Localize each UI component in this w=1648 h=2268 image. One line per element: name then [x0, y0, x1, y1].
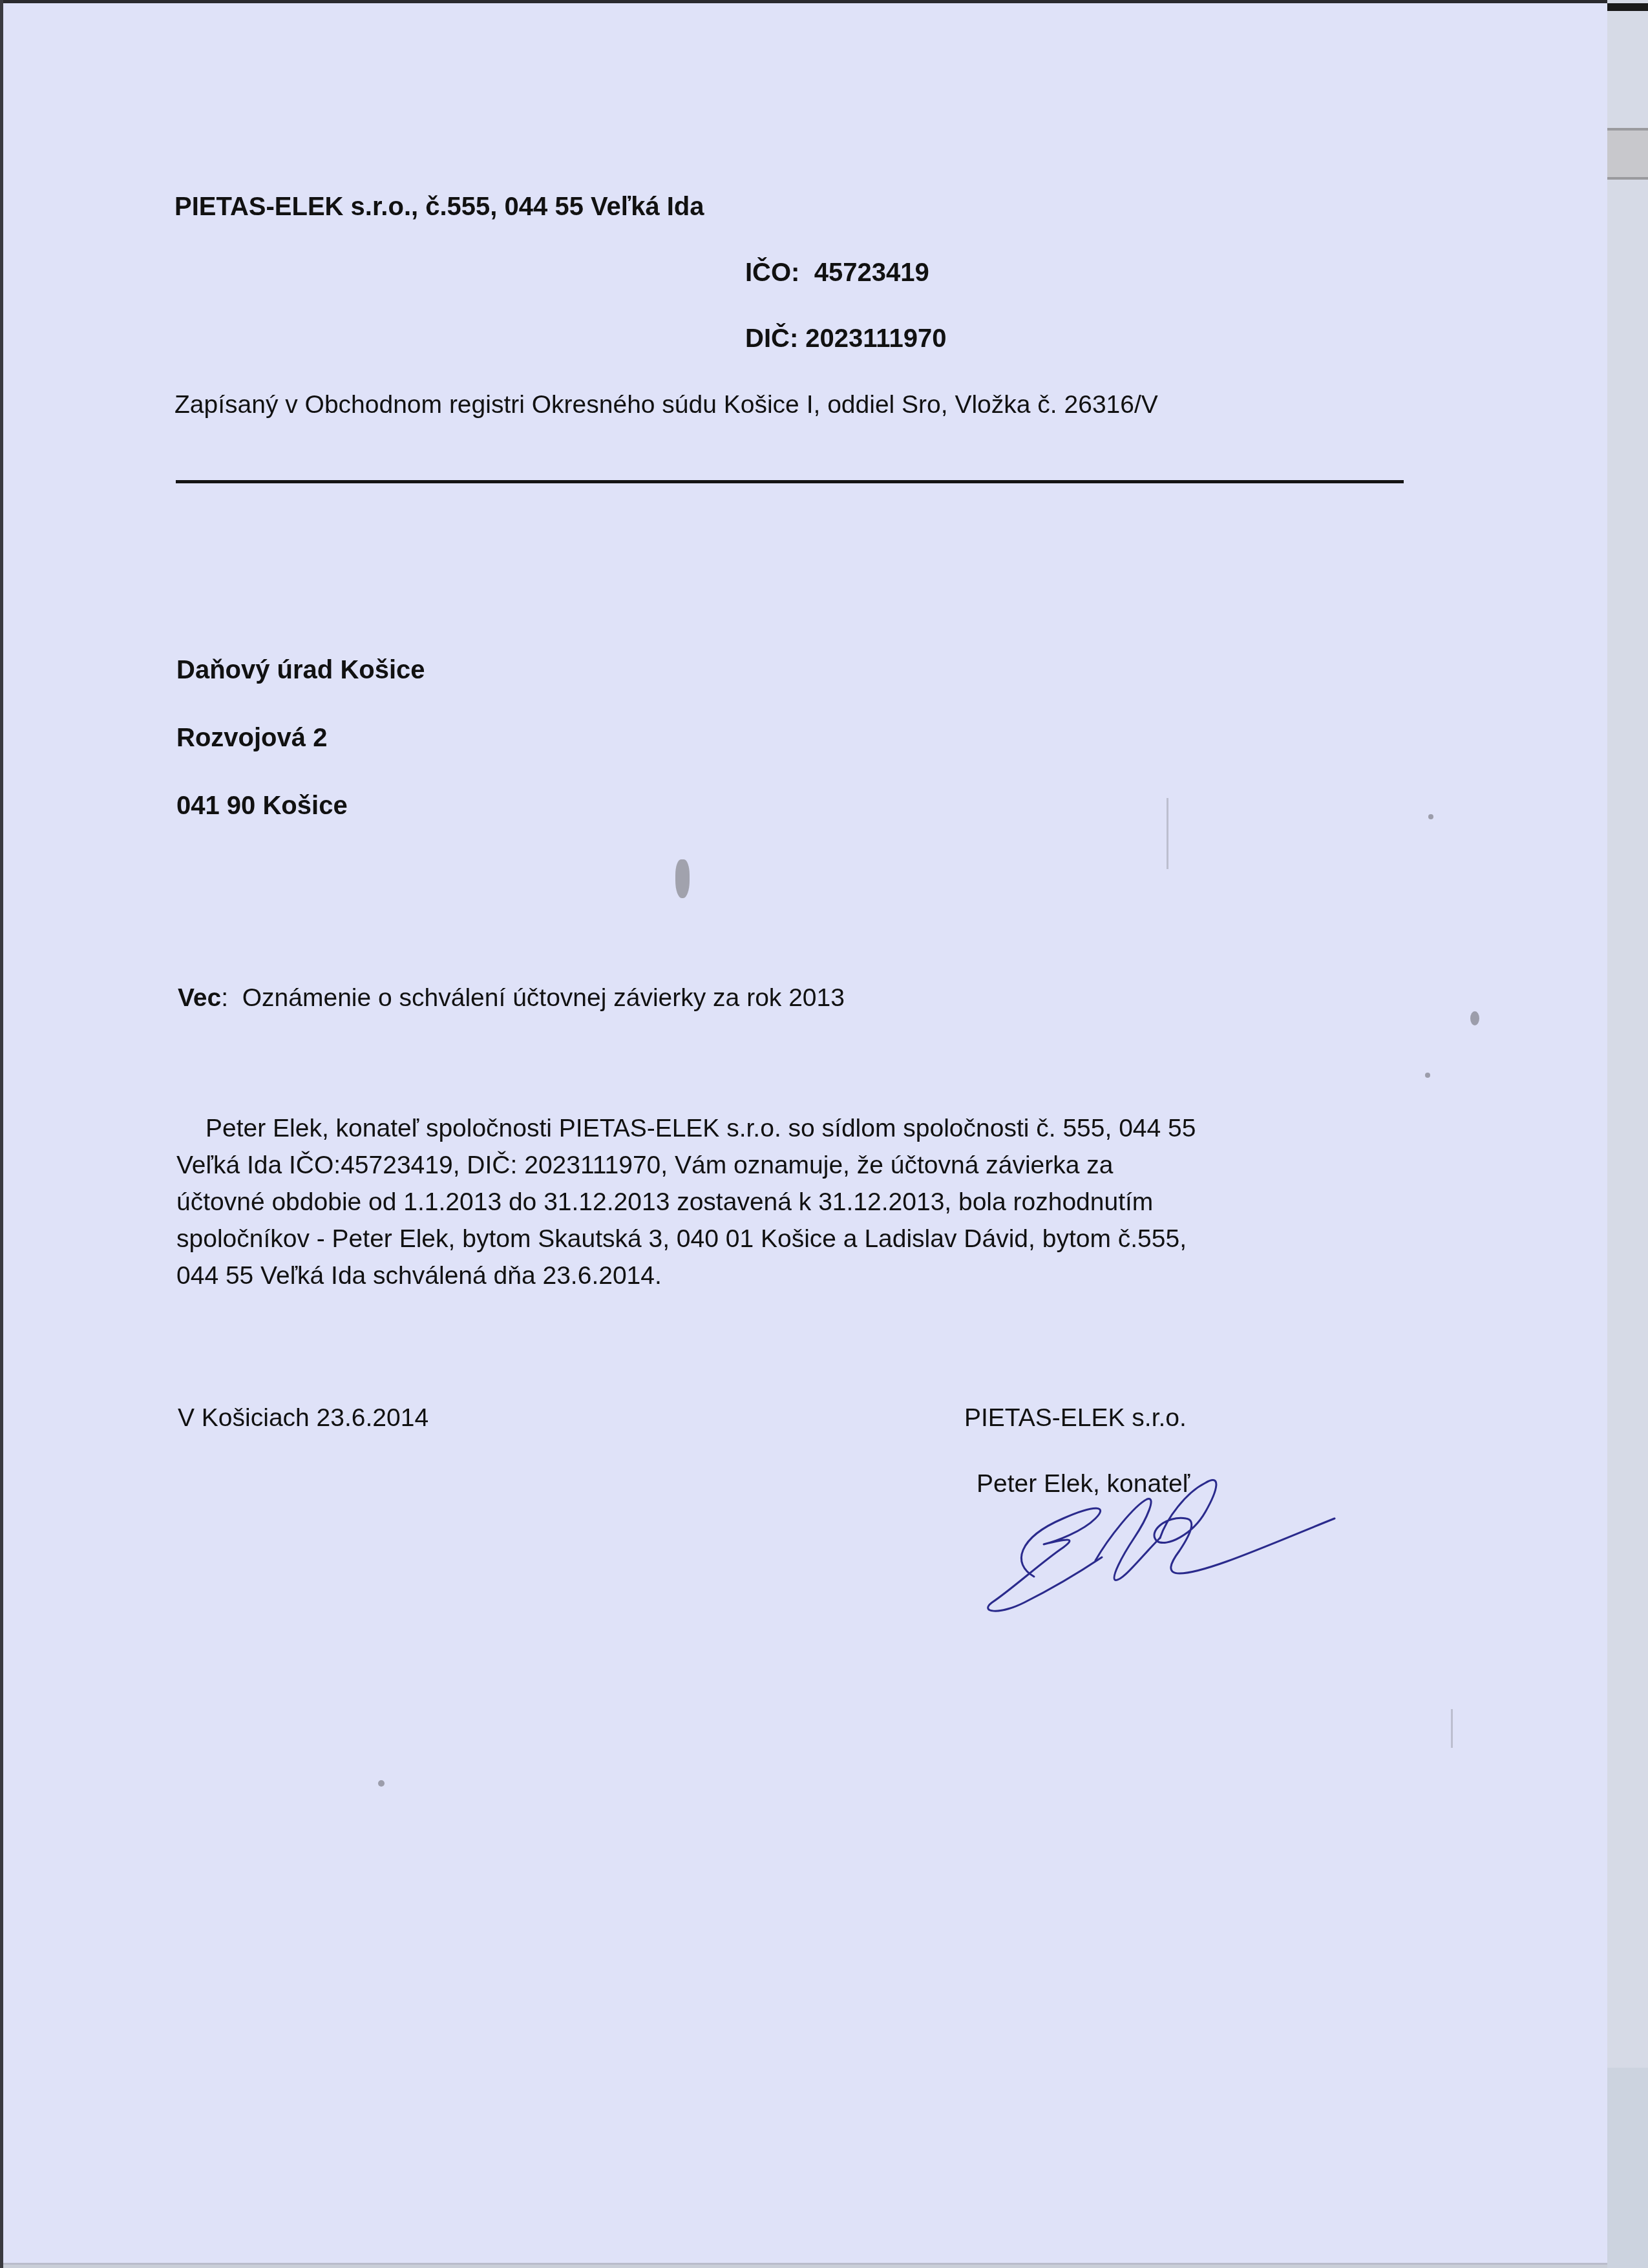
scan-scratch [1451, 1709, 1453, 1748]
recipient-name: Daňový úrad Košice [176, 656, 425, 685]
signatory-company: PIETAS-ELEK s.r.o. [964, 1404, 1187, 1433]
registration-line: Zapísaný v Obchodnom registri Okresného … [174, 391, 1158, 419]
scan-speck [1470, 1011, 1479, 1025]
company-address-line: PIETAS-ELEK s.r.o., č.555, 044 55 Veľká … [174, 193, 704, 222]
scan-speck [1425, 1073, 1430, 1078]
dic-line: DIČ: 2023111970 [745, 324, 946, 353]
body-line: spoločníkov - Peter Elek, bytom Skautská… [176, 1221, 1404, 1257]
body-line: 044 55 Veľká Ida schválená dňa 23.6.2014… [176, 1257, 1404, 1294]
subject-text: Oznámenie o schválení účtovnej závierky … [242, 984, 845, 1012]
scanner-backdrop [1607, 0, 1648, 2268]
ico-value: 45723419 [814, 258, 929, 287]
body-line: Veľká Ida IČO:45723419, DIČ: 2023111970,… [176, 1147, 1404, 1184]
backdrop-band-grey [1607, 128, 1648, 180]
scan-blemish [675, 859, 690, 898]
paper-bottom-edge [3, 2263, 1607, 2265]
scan-scratch [1167, 798, 1168, 869]
recipient-city: 041 90 Košice [176, 792, 348, 821]
backdrop-band-dark [1607, 3, 1648, 11]
body-paragraph: Peter Elek, konateľ spoločnosti PIETAS-E… [176, 1110, 1404, 1294]
recipient-street: Rozvojová 2 [176, 724, 327, 753]
dic-label: DIČ: [745, 324, 798, 353]
dic-value: 2023111970 [805, 324, 946, 353]
subject-label: Vec [178, 984, 221, 1012]
body-line: Peter Elek, konateľ spoločnosti PIETAS-E… [176, 1110, 1404, 1147]
backdrop-lower [1607, 2068, 1648, 2268]
body-line: účtovné obdobie od 1.1.2013 do 31.12.201… [176, 1184, 1404, 1221]
ico-line: IČO: 45723419 [745, 258, 929, 288]
scan-speck [1428, 814, 1433, 819]
subject-line: Vec: Oznámenie o schválení účtovnej závi… [178, 984, 845, 1013]
ico-label: IČO: [745, 258, 799, 287]
handwritten-signature [973, 1467, 1386, 1622]
subject-separator: : [221, 984, 228, 1012]
document-page: PIETAS-ELEK s.r.o., č.555, 044 55 Veľká … [3, 3, 1607, 2265]
header-divider [176, 480, 1404, 483]
place-and-date: V Košiciach 23.6.2014 [178, 1404, 428, 1433]
scan-speck [378, 1780, 385, 1787]
